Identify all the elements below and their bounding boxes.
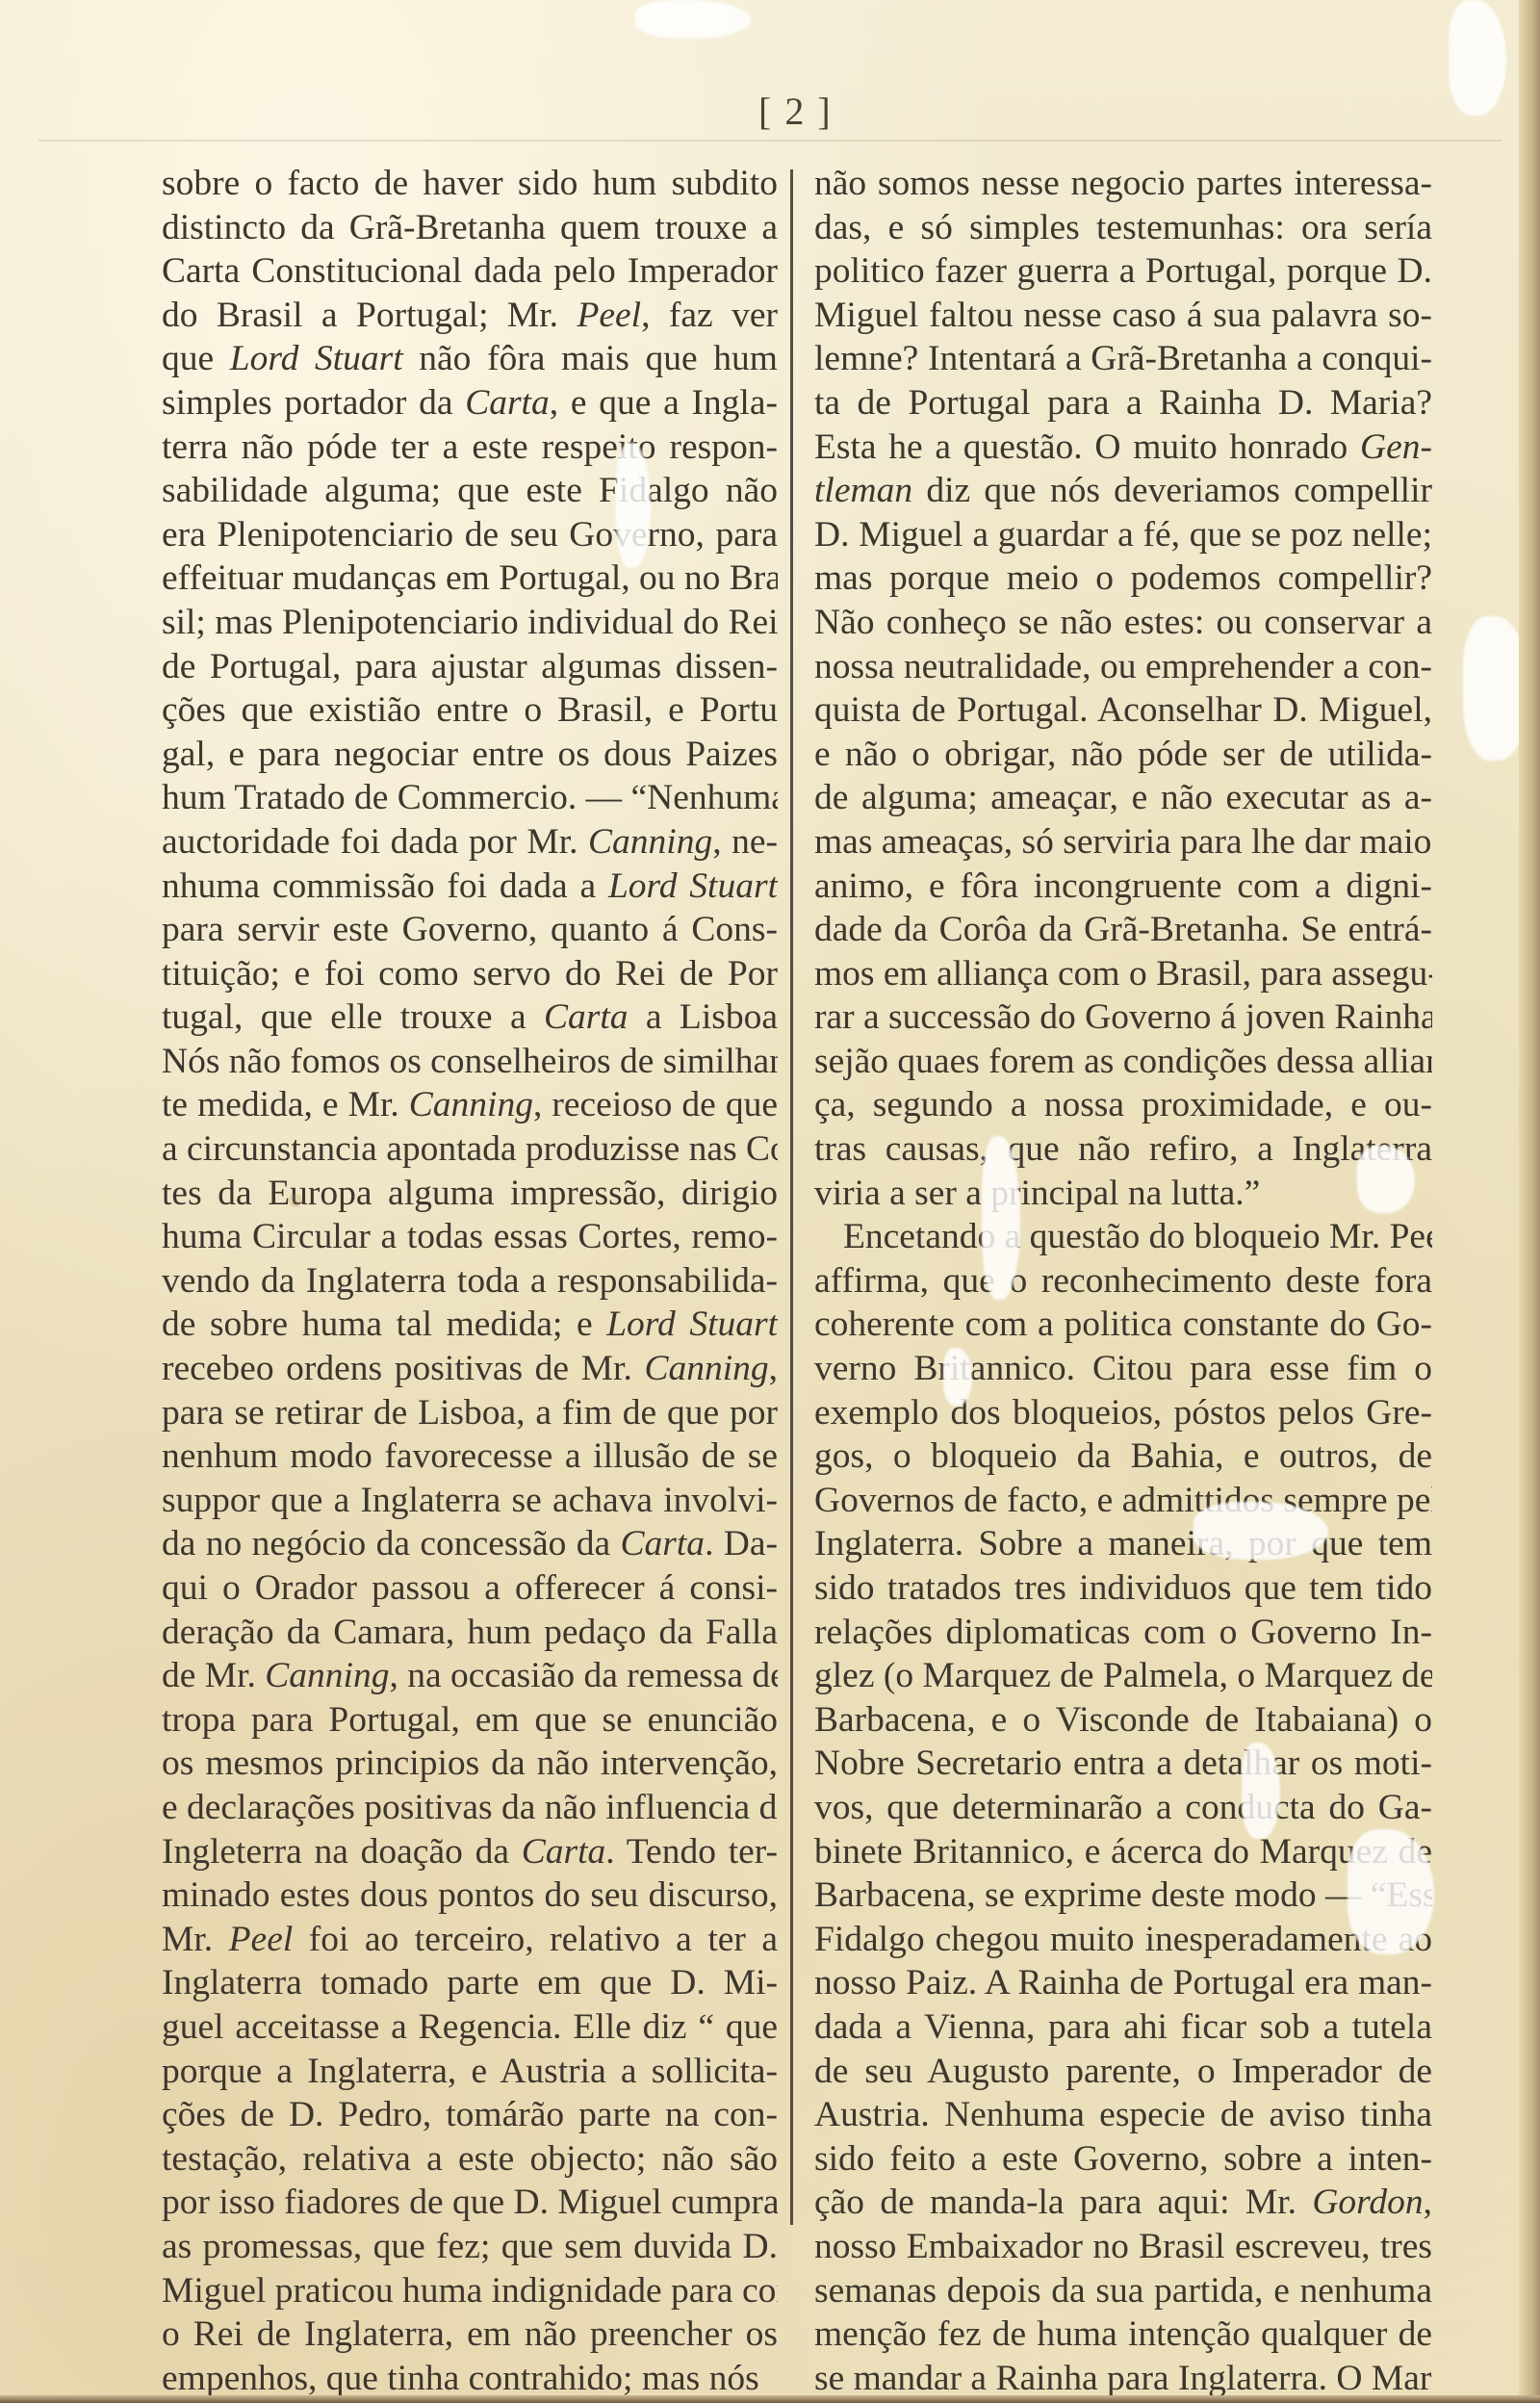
text-line: Miguel praticou huma indignidade para co… [162,2269,778,2313]
text-run: binete Britannico, e ácerca do Marquez d… [814,1832,1432,1872]
text-line: qui o Orador passou a offerecer á consi- [162,1566,778,1611]
text-line: ção de manda-la para aqui: Mr. Gordon, [814,2181,1432,2225]
text-run: Barbacena, se exprime deste modo — “Esse [814,1875,1432,1915]
text-run: guel acceitasse a Regencia. Elle diz “ q… [162,2007,778,2047]
text-line: verno Britannico. Citou para esse fim o [814,1347,1432,1391]
italic-run: Gen- [1360,427,1432,467]
text-run: menção fez de huma intenção qualquer de [814,2314,1432,2354]
text-run: o Rei de Inglaterra, em não preencher os [162,2314,778,2354]
text-line: dada a Vienna, para ahi ficar sob a tute… [814,2005,1432,2050]
text-line: Esta he a questão. O muito honrado Gen- [814,426,1432,470]
text-run: era Plenipotenciario de seu Governo, par… [162,515,778,555]
text-line: por isso fiadores de que D. Miguel cumpr… [162,2181,778,2225]
text-line: simples portador da Carta, e que a Ingla… [162,381,778,426]
left-column: sobre o facto de haver sido hum subditod… [162,162,778,2400]
text-run: viria a ser a principal na lutta.” [814,1174,1260,1213]
italic-run: Peel [229,1920,294,1959]
text-line: sejão quaes forem as condições dessa all… [814,1040,1432,1084]
text-run: . Da- [705,1524,778,1563]
text-line: sido feito a este Governo, sobre a inten… [814,2137,1432,2182]
italic-run: Lord Stuart [230,339,403,378]
text-line: de seu Augusto parente, o Imperador de [814,2050,1432,2094]
text-run: de Mr. [162,1656,265,1695]
text-run: dade da Corôa da Grã-Bretanha. Se entrá- [814,910,1432,949]
text-run: coherente com a politica constante do Go… [814,1305,1432,1344]
text-run: verno Britannico. Citou para esse fim o [814,1349,1432,1388]
text-line: e não o obrigar, não póde ser de utilida… [814,733,1432,777]
text-line: minado estes dous pontos do seu discurso… [162,1873,778,1918]
text-line: dade da Corôa da Grã-Bretanha. Se entrá- [814,908,1432,952]
text-line: gos, o bloqueio da Bahia, e outros, de [814,1434,1432,1479]
paper-damage [1449,0,1506,116]
italic-run: Canning [409,1085,533,1124]
text-line: Governos de facto, e admittidos sempre p… [814,1479,1432,1523]
text-line: os mesmos principios da não intervenção, [162,1742,778,1786]
text-run: exemplo dos bloqueios, póstos pelos Gre- [814,1393,1432,1433]
text-run: lemne? Intentará a Grã-Bretanha a conqui… [814,339,1432,378]
text-line: sido tratados tres individuos que tem ti… [814,1566,1432,1611]
text-run: de seu Augusto parente, o Imperador de [814,2052,1432,2091]
text-line: vos, que determinarão a conducta do Ga- [814,1786,1432,1830]
text-line: auctoridade foi dada por Mr. Canning, ne… [162,820,778,865]
text-line: hum Tratado de Commercio. — “Nenhuma [162,776,778,820]
text-line: de sobre huma tal medida; e Lord Stuart [162,1303,778,1347]
text-run: tras causas, que não refiro, a Inglaterr… [814,1129,1432,1169]
text-line: de Mr. Canning, na occasião da remessa d… [162,1654,778,1698]
text-run: sobre o facto de haver sido hum subdito [162,164,778,203]
paper-damage [943,1348,972,1406]
text-run: de Portugal, para ajustar algumas dissen… [162,647,778,686]
text-line: Fidalgo chegou muito inesperadamente ao [814,1918,1432,1962]
text-line: sil; mas Plenipotenciario individual do … [162,601,778,645]
text-run: não somos nesse negocio partes interessa… [814,164,1432,203]
text-line: tropa para Portugal, em que se enuncião [162,1698,778,1743]
italic-run: Lord Stuart [606,1305,778,1344]
text-run: Não conheço se não estes: ou conservar a [814,603,1432,642]
italic-run: Peel [577,296,641,335]
text-line: ções de D. Pedro, tomárão parte na con- [162,2093,778,2137]
paper-damage [1193,1502,1328,1560]
paper-damage [1347,1829,1434,1954]
text-run: vendo da Inglaterra toda a responsabilid… [162,1261,778,1301]
newspaper-page: [2] sobre o facto de haver sido hum subd… [0,0,1540,2403]
age-spot [289,1194,302,1207]
text-run: as promessas, que fez; que sem duvida D. [162,2227,778,2266]
text-line: sobre o facto de haver sido hum subdito [162,162,778,206]
text-line: de Portugal, para ajustar algumas dissen… [162,645,778,689]
paper-damage [616,443,651,568]
text-run: huma Circular a todas essas Cortes, remo… [162,1217,778,1256]
text-line: politico fazer guerra a Portugal, porque… [814,249,1432,294]
text-run: sido feito a este Governo, sobre a inten… [814,2139,1432,2179]
text-line: vendo da Inglaterra toda a responsabilid… [162,1259,778,1304]
text-run: terra não póde ter a este respeito respo… [162,427,778,467]
text-line: terra não póde ter a este respeito respo… [162,426,778,470]
text-run: Encetando a questão do bloqueio Mr. Peel [843,1217,1432,1256]
text-run: ça, segundo a nossa proximidade, e ou- [814,1085,1432,1124]
text-line: testação, relativa a este objecto; não s… [162,2137,778,2182]
text-line: tituição; e foi como servo do Rei de Por [162,952,778,996]
text-run: tes da Europa alguma impressão, dirigio [162,1174,778,1213]
text-run: dada a Vienna, para ahi ficar sob a tute… [814,2007,1432,2047]
text-run: Governos de facto, e admittidos sempre p… [814,1481,1432,1520]
text-line: Barbacena, se exprime deste modo — “Esse [814,1873,1432,1918]
text-line: as promessas, que fez; que sem duvida D. [162,2225,778,2269]
text-run: de alguma; ameaçar, e não executar as a- [814,778,1432,817]
italic-run: Carta [621,1524,706,1563]
text-run: relações diplomaticas com o Governo In- [814,1613,1432,1652]
text-line: animo, e fôra incongruente com a digni- [814,865,1432,909]
text-run: minado estes dous pontos do seu discurso… [162,1875,778,1915]
text-run: Miguel faltou nesse caso á sua palavra s… [814,296,1432,335]
text-line: que Lord Stuart não fôra mais que hum [162,337,778,381]
text-run: qui o Orador passou a offerecer á consi- [162,1568,778,1608]
italic-run: Carta [544,997,629,1037]
text-line: mas ameaças, só serviria para lhe dar ma… [814,820,1432,865]
text-run: de sobre huma tal medida; e [162,1305,606,1344]
paper-damage [982,1136,1020,1300]
text-run: ção de manda-la para aqui: Mr. [814,2183,1312,2222]
page-number: [2] [758,89,844,134]
text-run: a circunstancia apontada produzisse nas … [162,1129,778,1169]
text-run: e declarações positivas da não influenci… [162,1788,778,1827]
italic-run: Lord Stuart [608,866,778,906]
text-run: sido tratados tres individuos que tem ti… [814,1568,1432,1608]
text-line: guel acceitasse a Regencia. Elle diz “ q… [162,2005,778,2050]
text-run: que [162,339,230,378]
text-run: diz que nós deveriamos compellir [912,471,1432,510]
text-run: foi ao terceiro, relativo a ter a [293,1920,778,1959]
text-run: , [769,1349,778,1388]
text-line: Inglaterra. Sobre a maneira, por que tem [814,1522,1432,1566]
text-line: te medida, e Mr. Canning, receioso de qu… [162,1083,778,1127]
italic-run: tleman [814,471,912,510]
text-run: os mesmos principios da não intervenção, [162,1744,778,1783]
right-column: não somos nesse negocio partes interessa… [814,162,1432,2400]
text-run: nossa neutralidade, ou emprehender a con… [814,647,1432,686]
text-run: te medida, e Mr. [162,1085,409,1124]
text-run: nhuma commissão foi dada a [162,866,608,906]
text-run: effeituar mudanças em Portugal, ou no Br… [162,558,778,598]
text-run: sabilidade alguma; que este Fidalgo não [162,471,778,510]
text-run: tropa para Portugal, em que se enuncião [162,1700,778,1740]
text-run: mos em alliança com o Brasil, para asseg… [814,954,1432,994]
text-line: nhuma commissão foi dada a Lord Stuart [162,865,778,909]
text-run: a Lisboa [629,997,778,1037]
text-line: gal, e para negociar entre os dous Paize… [162,733,778,777]
text-run: testação, relativa a este objecto; não s… [162,2139,778,2179]
text-run: Nobre Secretario entra a detalhar os mot… [814,1744,1432,1783]
page-edge [0,2395,1540,2403]
text-line: se mandar a Rainha para Inglaterra. O Ma… [814,2357,1432,2401]
paper-damage [635,0,751,39]
text-run: suppor que a Inglaterra se achava involv… [162,1481,778,1520]
age-spot [1155,2070,1165,2080]
text-run: se mandar a Rainha para Inglaterra. O Ma… [814,2359,1432,2398]
text-run: Nós não fomos os conselheiros de similha… [162,1042,778,1081]
text-run: ções que existião entre o Brasil, e Port… [162,690,778,730]
page-edge [1519,0,1540,2403]
text-line: semanas depois da sua partida, e nenhuma [814,2269,1432,2313]
text-run: simples portador da [162,383,465,423]
text-run: , [1424,2183,1432,2222]
text-run: glez (o Marquez de Palmela, o Marquez de [814,1656,1432,1695]
text-run: gos, o bloqueio da Bahia, e outros, de [814,1436,1432,1476]
italic-run: Carta [465,383,550,423]
text-line: de alguma; ameaçar, e não executar as a- [814,776,1432,820]
text-run: mas porque meio o podemos compellir? [814,558,1432,598]
text-line: rar a successão do Governo á joven Rainh… [814,995,1432,1040]
text-line: glez (o Marquez de Palmela, o Marquez de [814,1654,1432,1698]
text-line: recebeo ordens positivas de Mr. Canning, [162,1347,778,1391]
text-line: e declarações positivas da não influenci… [162,1786,778,1830]
text-run: Ingleterra na doação da [162,1832,522,1872]
text-run: sejão quaes forem as condições dessa all… [814,1042,1432,1081]
text-line: tes da Europa alguma impressão, dirigio [162,1172,778,1216]
text-run: Mr. [162,1920,229,1959]
text-line: nosso Embaixador no Brasil escreveu, tre… [814,2225,1432,2269]
text-run: sil; mas Plenipotenciario individual do … [162,603,778,642]
text-run: por isso fiadores de que D. Miguel cumpr… [162,2183,778,2222]
text-line: exemplo dos bloqueios, póstos pelos Gre- [814,1391,1432,1435]
text-run: . Tendo ter- [605,1832,778,1872]
text-line: lemne? Intentará a Grã-Bretanha a conqui… [814,337,1432,381]
text-run: auctoridade foi dada por Mr. [162,822,588,862]
text-line: Ingleterra na doação da Carta. Tendo ter… [162,1830,778,1874]
text-line: ta de Portugal para a Rainha D. Maria? [814,381,1432,426]
text-run: da no negócio da concessão da [162,1524,621,1563]
text-line: D. Miguel a guardar a fé, que se poz nel… [814,513,1432,557]
text-line: era Plenipotenciario de seu Governo, par… [162,513,778,557]
text-run: Esta he a questão. O muito honrado [814,427,1360,467]
text-run: quista de Portugal. Aconselhar D. Miguel… [814,690,1432,730]
italic-run: Gordon [1312,2183,1423,2222]
text-line: não somos nesse negocio partes interessa… [814,162,1432,206]
text-run: vos, que determinarão a conducta do Ga- [814,1788,1432,1827]
text-run: nosso Paiz. A Rainha de Portugal era man… [814,1963,1432,2002]
text-run: e não o obrigar, não póde ser de utilida… [814,735,1432,774]
text-line: das, e só simples testemunhas: ora sería [814,206,1432,250]
italic-run: Carta [522,1832,606,1872]
text-run: Inglaterra tomado parte em que D. Mi- [162,1963,778,2002]
text-run: nosso Embaixador no Brasil escreveu, tre… [814,2227,1432,2266]
italic-run: Canning [644,1349,768,1388]
text-run: para servir este Governo, quanto á Cons- [162,910,778,949]
text-line: mas porque meio o podemos compellir? [814,556,1432,601]
text-line: Mr. Peel foi ao terceiro, relativo a ter… [162,1918,778,1962]
text-line: Austria. Nenhuma especie de aviso tinha [814,2093,1432,2137]
text-line: nosso Paiz. A Rainha de Portugal era man… [814,1961,1432,2005]
text-line: empenhos, que tinha contrahido; mas nós [162,2357,778,2401]
italic-run: Canning [588,822,712,862]
text-run: , faz ver [641,296,778,335]
text-line: Barbacena, e o Visconde de Itabaiana) o [814,1698,1432,1743]
text-line: nossa neutralidade, ou emprehender a con… [814,645,1432,689]
text-line: suppor que a Inglaterra se achava involv… [162,1479,778,1523]
text-run: Miguel praticou huma indignidade para co… [162,2271,778,2311]
text-line: tras causas, que não refiro, a Inglaterr… [814,1127,1432,1172]
text-run: D. Miguel a guardar a fé, que se poz nel… [814,515,1432,555]
text-run: , receioso de que [533,1085,778,1124]
text-line: relações diplomaticas com o Governo In- [814,1611,1432,1655]
text-run: affirma, que o reconhecimento deste fora [814,1261,1432,1301]
text-run: gal, e para negociar entre os dous Paize… [162,735,778,774]
text-run: hum Tratado de Commercio. — “Nenhuma [162,778,778,817]
column-divider [790,169,793,2225]
text-line: Inglaterra tomado parte em que D. Mi- [162,1961,778,2005]
text-line: huma Circular a todas essas Cortes, remo… [162,1215,778,1259]
paper-damage [1357,1146,1415,1213]
text-run: , e que a Ingla- [550,383,778,423]
text-line: tugal, que elle trouxe a Carta a Lisboa [162,995,778,1040]
text-line: Nobre Secretario entra a detalhar os mot… [814,1742,1432,1786]
text-run: recebeo ordens positivas de Mr. [162,1349,644,1388]
text-run: distincto da Grã-Bretanha quem trouxe a [162,208,778,247]
text-run: , ne- [712,822,778,862]
text-run: mas ameaças, só serviria para lhe dar ma… [814,822,1432,862]
text-line: deração da Camara, hum pedaço da Falla [162,1611,778,1655]
text-run: Barbacena, e o Visconde de Itabaiana) o [814,1700,1432,1740]
text-line: ça, segundo a nossa proximidade, e ou- [814,1083,1432,1127]
text-line: o Rei de Inglaterra, em não preencher os [162,2313,778,2357]
text-line: menção fez de huma intenção qualquer de [814,2313,1432,2357]
text-line: binete Britannico, e ácerca do Marquez d… [814,1830,1432,1874]
text-run: tugal, que elle trouxe a [162,997,544,1037]
text-run: do Brasil a Portugal; Mr. [162,296,577,335]
text-line: distincto da Grã-Bretanha quem trouxe a [162,206,778,250]
text-run: politico fazer guerra a Portugal, porque… [814,251,1432,291]
text-line: coherente com a politica constante do Go… [814,1303,1432,1347]
text-line: Encetando a questão do bloqueio Mr. Peel [814,1215,1432,1259]
text-run: nenhum modo favorecesse a illusão de se [162,1436,778,1476]
text-run: ções de D. Pedro, tomárão parte na con- [162,2095,778,2134]
text-run: para se retirar de Lisboa, a fim de que … [162,1393,778,1433]
text-run: não fôra mais que hum [403,339,778,378]
italic-run: Canning [265,1656,389,1695]
text-run: Carta Constitucional dada pelo Imperador [162,251,778,291]
text-line: nenhum modo favorecesse a illusão de se [162,1434,778,1479]
text-line: quista de Portugal. Aconselhar D. Miguel… [814,688,1432,733]
text-line: da no negócio da concessão da Carta. Da- [162,1522,778,1566]
text-run: das, e só simples testemunhas: ora sería [814,208,1432,247]
text-line: Miguel faltou nesse caso á sua palavra s… [814,294,1432,338]
text-line: Carta Constitucional dada pelo Imperador [162,249,778,294]
text-run: Austria. Nenhuma especie de aviso tinha [814,2095,1432,2134]
text-run: tituição; e foi como servo do Rei de Por [162,954,778,994]
text-line: porque a Inglaterra, e Austria a sollici… [162,2050,778,2094]
text-line: Não conheço se não estes: ou conservar a [814,601,1432,645]
text-run: porque a Inglaterra, e Austria a sollici… [162,2052,778,2091]
text-run: animo, e fôra incongruente com a digni- [814,866,1432,906]
text-run: deração da Camara, hum pedaço da Falla [162,1613,778,1652]
text-line: sabilidade alguma; que este Fidalgo não [162,469,778,513]
text-run: rar a successão do Governo á joven Rainh… [814,997,1432,1037]
text-line: para servir este Governo, quanto á Cons- [162,908,778,952]
text-run: Inglaterra. Sobre a maneira, por que tem [814,1524,1432,1563]
text-run: , na occasião da remessa de [389,1656,778,1695]
text-line: mos em alliança com o Brasil, para asseg… [814,952,1432,996]
text-line: effeituar mudanças em Portugal, ou no Br… [162,556,778,601]
text-run: semanas depois da sua partida, e nenhuma [814,2271,1432,2311]
text-line: ções que existião entre o Brasil, e Port… [162,688,778,733]
paper-damage [1242,1743,1280,1839]
text-line: para se retirar de Lisboa, a fim de que … [162,1391,778,1435]
text-run: ta de Portugal para a Rainha D. Maria? [814,383,1432,423]
text-line: affirma, que o reconhecimento deste fora [814,1259,1432,1304]
text-line: Nós não fomos os conselheiros de similha… [162,1040,778,1084]
text-line: do Brasil a Portugal; Mr. Peel, faz ver [162,294,778,338]
text-run: Fidalgo chegou muito inesperadamente ao [814,1920,1432,1959]
text-line: tleman diz que nós deveriamos compellir [814,469,1432,513]
text-line: a circunstancia apontada produzisse nas … [162,1127,778,1172]
text-run: empenhos, que tinha contrahido; mas nós [162,2359,759,2398]
text-line: viria a ser a principal na lutta.” [814,1172,1432,1216]
